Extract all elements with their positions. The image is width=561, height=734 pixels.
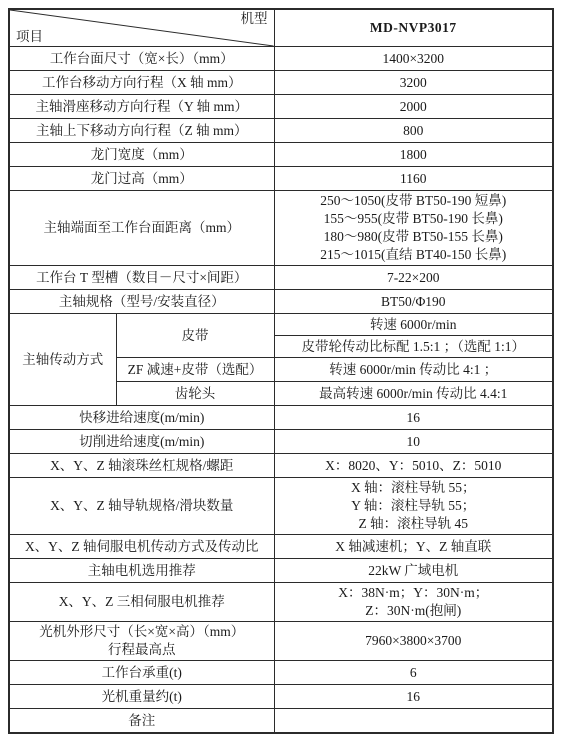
table-row: 龙门宽度（mm） 1800 (9, 143, 553, 167)
table-row: X、Y、Z 轴导轨规格/滑块数量 X 轴：滚柱导轨 55； Y 轴：滚柱导轨 5… (9, 478, 553, 535)
row-label: 龙门过高（mm） (9, 167, 274, 191)
row-label: 工作台移动方向行程（X 轴 mm） (9, 71, 274, 95)
sub-row-label: 齿轮头 (116, 382, 274, 406)
value-line: X 轴：滚柱导轨 55； (277, 479, 551, 497)
row-value: 16 (274, 685, 553, 709)
row-value: X：38N·m；Y：30N·m； Z：30N·m(抱闸) (274, 583, 553, 622)
table-row: 主轴上下移动方向行程（Z 轴 mm） 800 (9, 119, 553, 143)
row-value: X 轴减速机；Y、Z 轴直联 (274, 535, 553, 559)
value-line: 250～1050(皮带 BT50-190 短鼻) (277, 192, 551, 210)
spec-sheet: 机型 项目 MD-NVP3017 工作台面尺寸（宽×长）（mm） 1400×32… (0, 0, 561, 734)
row-value: 2000 (274, 95, 553, 119)
row-value: X 轴：滚柱导轨 55； Y 轴：滚柱导轨 55； Z 轴：滚柱导轨 45 (274, 478, 553, 535)
table-row: 工作台移动方向行程（X 轴 mm） 3200 (9, 71, 553, 95)
row-value: 1800 (274, 143, 553, 167)
row-value: 7-22×200 (274, 266, 553, 290)
value-line: 215～1015(直结 BT40-150 长鼻) (277, 246, 551, 264)
model-number: MD-NVP3017 (274, 9, 553, 47)
table-row: 主轴规格（型号/安装直径） BT50/Φ190 (9, 290, 553, 314)
row-label: 主轴电机选用推荐 (9, 559, 274, 583)
header-item-label: 项目 (16, 28, 43, 46)
row-label: 龙门宽度（mm） (9, 143, 274, 167)
row-label: 光机外形尺寸（长×宽×高）（mm） 行程最高点 (9, 622, 274, 661)
row-value: 最高转速 6000r/min 传动比 4.4:1 (274, 382, 553, 406)
row-label: 主轴传动方式 (9, 314, 116, 406)
row-value: 皮带轮传动比标配 1.5:1 ；（选配 1:1） (274, 336, 553, 358)
value-line: Y 轴：滚柱导轨 55； (277, 497, 551, 515)
table-row: 快移进给速度(m/min) 16 (9, 406, 553, 430)
diagonal-header-cell: 机型 项目 (9, 9, 274, 47)
value-line: 180～980(皮带 BT50-155 长鼻) (277, 228, 551, 246)
row-value: 10 (274, 430, 553, 454)
row-value: 16 (274, 406, 553, 430)
row-value: 22kW 广域电机 (274, 559, 553, 583)
row-value: 7960×3800×3700 (274, 622, 553, 661)
table-row: 工作台 T 型槽（数目－尺寸×间距） 7-22×200 (9, 266, 553, 290)
table-row: X、Y、Z 三相伺服电机推荐 X：38N·m；Y：30N·m； Z：30N·m(… (9, 583, 553, 622)
table-row: 主轴滑座移动方向行程（Y 轴 mm） 2000 (9, 95, 553, 119)
row-value: 250～1050(皮带 BT50-190 短鼻) 155～955(皮带 BT50… (274, 191, 553, 266)
row-label: 快移进给速度(m/min) (9, 406, 274, 430)
row-value: 3200 (274, 71, 553, 95)
row-value: BT50/Φ190 (274, 290, 553, 314)
value-line: X：38N·m；Y：30N·m； (277, 584, 551, 602)
row-label: 主轴规格（型号/安装直径） (9, 290, 274, 314)
row-label: X、Y、Z 三相伺服电机推荐 (9, 583, 274, 622)
table-row: X、Y、Z 轴伺服电机传动方式及传动比 X 轴减速机；Y、Z 轴直联 (9, 535, 553, 559)
table-row: X、Y、Z 轴滚珠丝杠规格/螺距 X：8020、Y：5010、Z：5010 (9, 454, 553, 478)
row-label: 光机重量约(t) (9, 685, 274, 709)
value-line: 155～955(皮带 BT50-190 长鼻) (277, 210, 551, 228)
header-machine-type-label: 机型 (241, 10, 268, 28)
row-value: X：8020、Y：5010、Z：5010 (274, 454, 553, 478)
label-line: 光机外形尺寸（长×宽×高）（mm） (12, 623, 272, 641)
row-label: X、Y、Z 轴滚珠丝杠规格/螺距 (9, 454, 274, 478)
row-label: 工作台面尺寸（宽×长）（mm） (9, 47, 274, 71)
row-value: 1160 (274, 167, 553, 191)
row-label: 工作台 T 型槽（数目－尺寸×间距） (9, 266, 274, 290)
table-row: 龙门过高（mm） 1160 (9, 167, 553, 191)
row-value: 转速 6000r/min 传动比 4:1 ； (274, 358, 553, 382)
table-row: 主轴传动方式 皮带 转速 6000r/min (9, 314, 553, 336)
table-row: 主轴端面至工作台面距离（mm） 250～1050(皮带 BT50-190 短鼻)… (9, 191, 553, 266)
sub-row-label: 皮带 (116, 314, 274, 358)
diagonal-line (10, 10, 274, 46)
value-line: Z 轴：滚柱导轨 45 (277, 515, 551, 533)
row-label: X、Y、Z 轴导轨规格/滑块数量 (9, 478, 274, 535)
row-label: 主轴端面至工作台面距离（mm） (9, 191, 274, 266)
row-label: 主轴滑座移动方向行程（Y 轴 mm） (9, 95, 274, 119)
table-row: 光机重量约(t) 16 (9, 685, 553, 709)
table-row: 切削进给速度(m/min) 10 (9, 430, 553, 454)
table-row: 光机外形尺寸（长×宽×高）（mm） 行程最高点 7960×3800×3700 (9, 622, 553, 661)
row-label: 主轴上下移动方向行程（Z 轴 mm） (9, 119, 274, 143)
row-value (274, 709, 553, 734)
row-label: 切削进给速度(m/min) (9, 430, 274, 454)
row-label: X、Y、Z 轴伺服电机传动方式及传动比 (9, 535, 274, 559)
header-row: 机型 项目 MD-NVP3017 (9, 9, 553, 47)
table-row: 备注 (9, 709, 553, 734)
row-label: 备注 (9, 709, 274, 734)
row-value: 1400×3200 (274, 47, 553, 71)
sub-row-label: ZF 减速+皮带（选配） (116, 358, 274, 382)
row-value: 转速 6000r/min (274, 314, 553, 336)
spec-table: 机型 项目 MD-NVP3017 工作台面尺寸（宽×长）（mm） 1400×32… (8, 8, 554, 734)
label-line: 行程最高点 (12, 641, 272, 659)
row-value: 800 (274, 119, 553, 143)
table-row: 主轴电机选用推荐 22kW 广域电机 (9, 559, 553, 583)
table-row: 工作台面尺寸（宽×长）（mm） 1400×3200 (9, 47, 553, 71)
value-line: Z：30N·m(抱闸) (277, 602, 551, 620)
